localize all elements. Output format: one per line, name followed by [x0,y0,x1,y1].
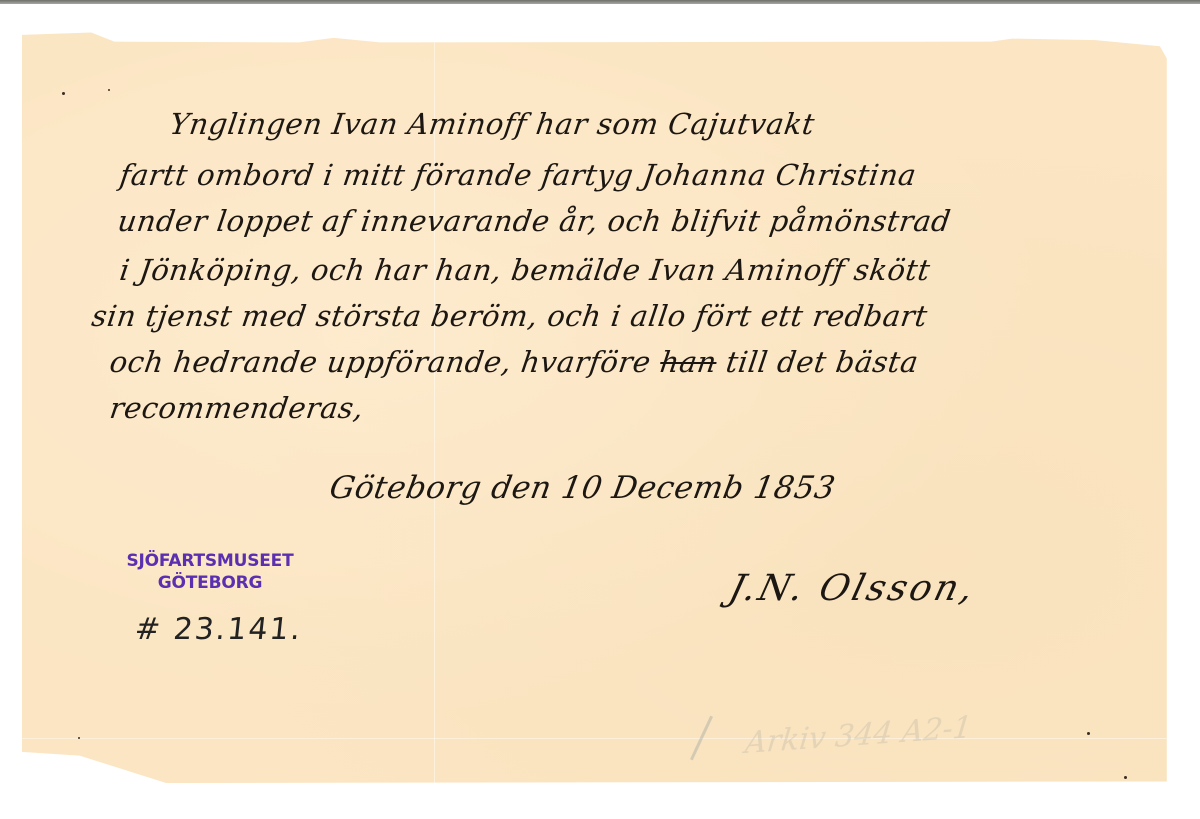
letter-line-6-text: och hedrande uppförande, hvarföre [108,345,653,379]
letter-line-7: recommenderas, [107,388,366,428]
paper-speck [108,89,110,91]
paper-speck [1087,732,1090,735]
letter-line-5: sin tjenst med största beröm, och i allo… [89,296,930,336]
stamp-line-2: GÖTEBORG [105,572,315,594]
letter-line-1: Ynglingen Ivan Aminoff har som Cajutvakt [167,104,817,144]
fold-line-horizontal [22,738,1176,739]
letter-line-6-end: till det bästa [724,345,921,379]
letter-line-3: under loppet af innevarande år, och blif… [115,201,953,241]
letter-line-4: i Jönköping, och har han, bemälde Ivan A… [117,250,933,290]
dateline: Göteborg den 10 Decemb 1853 [327,470,838,506]
stamp-line-1: SJÖFARTSMUSEET [105,550,315,572]
paper-speck [78,737,80,739]
inventory-number: # 23.141. [133,612,304,647]
paper-speck [1124,776,1127,779]
letter-line-6: och hedrande uppförande, hvarföre han ti… [107,342,921,382]
museum-stamp: SJÖFARTSMUSEET GÖTEBORG [105,550,315,594]
struck-word: han [658,345,719,379]
scan-top-border [0,0,1200,4]
paper-speck [62,92,65,95]
signature: J.N. Olsson, [725,568,981,609]
letter-line-2: fartt ombord i mitt förande fartyg Johan… [117,155,919,195]
